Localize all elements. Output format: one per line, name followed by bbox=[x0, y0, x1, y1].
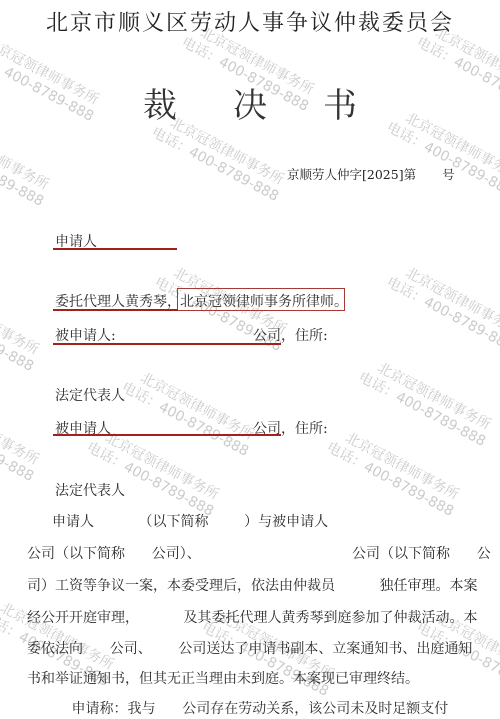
watermark: 北京冠领律师事务所电话：400-8789-888 bbox=[94, 430, 224, 521]
body-line: 书和举证通知书，但其无正当理由未到庭。本案现已审理终结。 bbox=[27, 668, 419, 688]
case-number-prefix: 京顺劳人仲字[2025]第 bbox=[287, 167, 416, 182]
legal-rep1-label: 法定代表人 bbox=[55, 385, 125, 405]
body-line: 公司（以下简称 公司）、 公司（以下简称 公 bbox=[27, 543, 491, 563]
legal-rep2-label: 法定代表人 bbox=[55, 480, 125, 500]
body-line: 司）工资等争议一案，本委受理后，依法由仲裁员 独任审理。本案 bbox=[27, 575, 478, 595]
watermark: 北京冠领律师事务所电话：400-8789-888 bbox=[334, 430, 464, 521]
watermark: 北京冠领律师事务所电话：400-8789-888 bbox=[366, 360, 496, 451]
body-line: 委依法向 公司、 公司送达了申请书副本、立案通知书、出庭通知 bbox=[27, 638, 472, 658]
case-number-suffix: 号 bbox=[442, 167, 455, 182]
redaction-underline bbox=[53, 434, 281, 436]
title-char: 决 bbox=[233, 78, 267, 127]
watermark: 北京冠领律师事务所电话：400-8789-888 bbox=[0, 395, 44, 486]
title-char: 裁 bbox=[143, 78, 177, 127]
redaction-underline bbox=[53, 248, 177, 250]
agent-line: 委托代理人黄秀琴， bbox=[55, 291, 181, 311]
body-line: 申请人 （以下简称 ）与被申请人 bbox=[52, 511, 328, 531]
document-title: 裁决书 bbox=[0, 78, 500, 127]
arbitration-award-page: 北京冠领律师事务所电话：400-8789-888 北京冠领律师事务所电话：400… bbox=[0, 0, 500, 719]
respondent1-label: 被申请人: bbox=[55, 325, 116, 345]
watermark: 北京冠领律师事务所电话：400-8789-888 bbox=[129, 370, 259, 461]
watermark: 北京冠领律师事务所电话：400-8789-888 bbox=[159, 115, 289, 206]
redaction-underline bbox=[53, 343, 281, 345]
body-line: 申请称：我与 公司存在劳动关系，该公司未及时足额支付 bbox=[27, 698, 448, 718]
watermark: 北京冠领律师事务所电话：400-8789-888 bbox=[394, 265, 500, 356]
watermark: 北京冠领律师事务所电话：400-8789-888 bbox=[0, 120, 54, 211]
respondent1-company: 公司，住所: bbox=[253, 325, 328, 345]
case-number: 京顺劳人仲字[2025]第号 bbox=[287, 165, 455, 183]
redaction-underline bbox=[53, 309, 178, 311]
body-line: 经公开开庭审理， 及其委托代理人黄秀琴到庭参加了仲裁活动。本 bbox=[27, 607, 478, 627]
agent-firm: 北京冠领律师事务所律师。 bbox=[180, 291, 348, 311]
watermark: 北京冠领律师事务所电话：400-8789-888 bbox=[0, 285, 44, 376]
issuing-authority: 北京市顺义区劳动人事争议仲裁委员会 bbox=[0, 6, 500, 37]
title-char: 书 bbox=[323, 78, 357, 127]
